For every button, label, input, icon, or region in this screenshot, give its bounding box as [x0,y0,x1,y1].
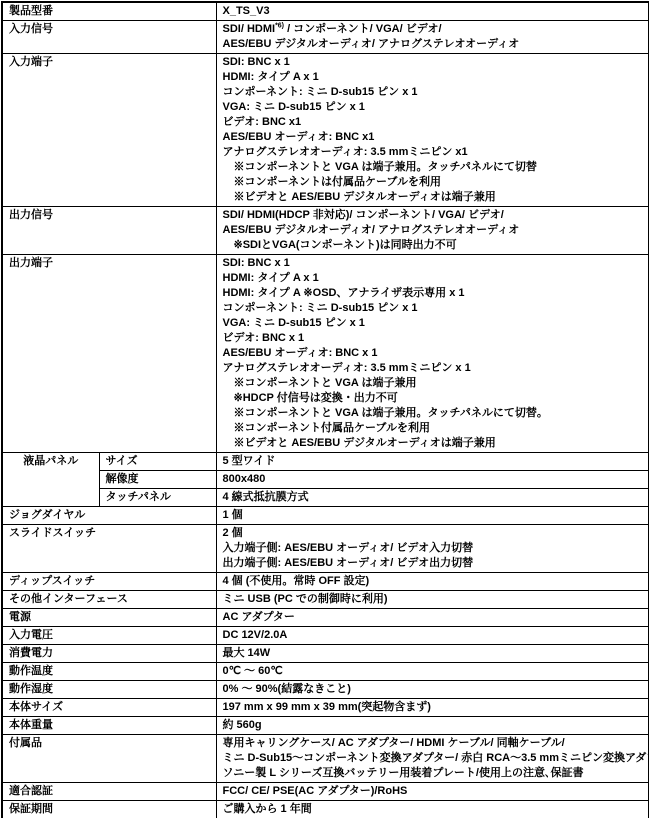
spec-line: X_TS_V3 [223,4,643,19]
row-value: 800x480 [216,471,649,489]
table-row: 消費電力最大 14W [2,645,649,663]
table-row: 付属品専用キャリングケース/ AC アダプター/ HDMI ケーブル/ 同軸ケー… [2,735,649,783]
spec-line-text: AC アダプター [223,611,295,623]
spec-line: 5 型ワイド [223,454,643,469]
spec-line: 197 mm x 99 mm x 39 mm(突起物含まず) [223,700,643,715]
spec-line-text: ※HDCP 付信号は変換・出力不可 [234,392,398,404]
spec-line-text: ビデオ: BNC x1 [223,116,302,128]
row-value: SDI: BNC x 1HDMI: タイプ A x 1HDMI: タイプ A ※… [216,255,649,453]
spec-line-text: ミニ USB (PC での制御時に利用) [223,593,388,605]
table-row: 製品型番X_TS_V3 [2,2,649,21]
spec-line: ※ビデオと AES/EBU デジタルオーディオは端子兼用 [223,190,643,205]
spec-line: ※コンポーネントと VGA は端子兼用 [223,376,643,391]
row-value: 約 560g [216,717,649,735]
spec-line-text: 出力端子側: AES/EBU オーディオ/ ビデオ出力切替 [223,557,474,569]
row-value: FCC/ CE/ PSE(AC アダプター)/RoHS [216,783,649,801]
row-value: 専用キャリングケース/ AC アダプター/ HDMI ケーブル/ 同軸ケーブル/… [216,735,649,783]
row-value: 0% ～ 90%(結露なきこと) [216,681,649,699]
spec-line-text: DC 12V/2.0A [223,629,288,641]
spec-line: ミニ USB (PC での制御時に利用) [223,592,643,607]
table-row: 出力信号SDI/ HDMI(HDCP 非対応)/ コンポーネント/ VGA/ ビ… [2,207,649,255]
table-row: 保証期間ご購入から 1 年間 [2,801,649,818]
row-value: ご購入から 1 年間 [216,801,649,818]
spec-line: FCC/ CE/ PSE(AC アダプター)/RoHS [223,784,643,799]
row-label: 出力信号 [2,207,216,255]
row-value: X_TS_V3 [216,2,649,21]
row-label: 本体重量 [2,717,216,735]
spec-line: ビデオ: BNC x 1 [223,331,643,346]
row-label: 液晶パネル [2,453,99,507]
spec-line-text: コンポーネント: ミニ D-sub15 ピン x 1 [223,302,418,314]
row-label: 動作湿度 [2,681,216,699]
spec-line-text: ※コンポーネントと VGA は端子兼用。タッチパネルにて切替 [234,161,537,173]
spec-line: アナログステレオオーディオ: 3.5 mmミニピン x 1 [223,361,643,376]
row-label: 保証期間 [2,801,216,818]
row-value: 1 個 [216,507,649,525]
row-label: 電源 [2,609,216,627]
table-row: 液晶パネルサイズ5 型ワイド [2,453,649,471]
spec-line-text: 最大 14W [223,647,271,659]
spec-line: コンポーネント: ミニ D-sub15 ピン x 1 [223,301,643,316]
spec-line-text: 2 個 [223,527,243,539]
row-value: 5 型ワイド [216,453,649,471]
spec-line-text: SDI/ HDMI(HDCP 非対応)/ コンポーネント/ VGA/ ビデオ/ [223,209,504,221]
spec-line: 800x480 [223,472,643,487]
table-row: ディップスイッチ4 個 (不使用。常時 OFF 設定) [2,573,649,591]
spec-line: AES/EBU オーディオ: BNC x1 [223,130,643,145]
table-row: タッチパネル4 線式抵抗膜方式 [2,489,649,507]
spec-line-text: ミニ D-Sub15～コンポーネント変換アダプター/ 赤白 RCA～3.5 mm… [223,752,649,764]
spec-line-text: AES/EBU オーディオ: BNC x1 [223,131,375,143]
row-label: 入力信号 [2,21,216,54]
row-value: 4 個 (不使用。常時 OFF 設定) [216,573,649,591]
spec-line: ※コンポーネントと VGA は端子兼用。タッチパネルにて切替。 [223,406,643,421]
spec-line: 約 560g [223,718,643,733]
spec-line: ※コンポーネントは付属品ケーブルを利用 [223,175,643,190]
row-sublabel: 解像度 [99,471,216,489]
spec-line: HDMI: タイプ A ※OSD、アナライザ表示専用 x 1 [223,286,643,301]
table-row: 入力電圧DC 12V/2.0A [2,627,649,645]
row-label: スライドスイッチ [2,525,216,573]
spec-line-text: ※コンポーネント付属品ケーブルを利用 [234,422,430,434]
spec-line: 4 線式抵抗膜方式 [223,490,643,505]
spec-line: アナログステレオオーディオ: 3.5 mmミニピン x1 [223,145,643,160]
table-row: 適合認証FCC/ CE/ PSE(AC アダプター)/RoHS [2,783,649,801]
spec-line-text: アナログステレオオーディオ: 3.5 mmミニピン x 1 [223,362,471,374]
spec-line: SDI: BNC x 1 [223,256,643,271]
spec-line: ご購入から 1 年間 [223,802,643,817]
table-row: 入力端子SDI: BNC x 1HDMI: タイプ A x 1コンポーネント: … [2,54,649,207]
spec-line: VGA: ミニ D-sub15 ピン x 1 [223,100,643,115]
spec-line-text: 約 560g [223,719,262,731]
table-row: 入力信号SDI/ HDMI*6) / コンポーネント/ VGA/ ビデオ/AES… [2,21,649,54]
table-row: 動作湿度0% ～ 90%(結露なきこと) [2,681,649,699]
spec-line-text: HDMI: タイプ A ※OSD、アナライザ表示専用 x 1 [223,287,465,299]
spec-line: SDI/ HDMI(HDCP 非対応)/ コンポーネント/ VGA/ ビデオ/ [223,208,643,223]
row-value: SDI: BNC x 1HDMI: タイプ A x 1コンポーネント: ミニ D… [216,54,649,207]
spec-line: ※ビデオと AES/EBU デジタルオーディオは端子兼用 [223,436,643,451]
spec-line: 最大 14W [223,646,643,661]
spec-line-text: 専用キャリングケース/ AC アダプター/ HDMI ケーブル/ 同軸ケーブル/ [223,737,565,749]
spec-line: ※HDCP 付信号は変換・出力不可 [223,391,643,406]
row-value: AC アダプター [216,609,649,627]
spec-line-text: FCC/ CE/ PSE(AC アダプター)/RoHS [223,785,408,797]
spec-table-body: 製品型番X_TS_V3入力信号SDI/ HDMI*6) / コンポーネント/ V… [2,2,649,818]
spec-line-text: SDI: BNC x 1 [223,257,290,269]
row-value: ミニ USB (PC での制御時に利用) [216,591,649,609]
row-value: SDI/ HDMI*6) / コンポーネント/ VGA/ ビデオ/AES/EBU… [216,21,649,54]
spec-line-text: ビデオ: BNC x 1 [223,332,305,344]
spec-line-text: SDI: BNC x 1 [223,56,290,68]
row-label: 製品型番 [2,2,216,21]
spec-line-text: 197 mm x 99 mm x 39 mm(突起物含まず) [223,701,431,713]
row-value: 2 個入力端子側: AES/EBU オーディオ/ ビデオ入力切替出力端子側: A… [216,525,649,573]
spec-line: 専用キャリングケース/ AC アダプター/ HDMI ケーブル/ 同軸ケーブル/ [223,736,643,751]
row-label: 入力端子 [2,54,216,207]
spec-line: 出力端子側: AES/EBU オーディオ/ ビデオ出力切替 [223,556,643,571]
row-value: SDI/ HDMI(HDCP 非対応)/ コンポーネント/ VGA/ ビデオ/A… [216,207,649,255]
spec-line-text: 入力端子側: AES/EBU オーディオ/ ビデオ入力切替 [223,542,474,554]
table-row: 電源AC アダプター [2,609,649,627]
spec-line: ミニ D-Sub15～コンポーネント変換アダプター/ 赤白 RCA～3.5 mm… [223,751,643,766]
spec-line-text: SDI/ HDMI [223,23,276,35]
spec-line-text: 0℃ ～ 60℃ [223,665,283,677]
row-sublabel: サイズ [99,453,216,471]
spec-line: DC 12V/2.0A [223,628,643,643]
spec-line: VGA: ミニ D-sub15 ピン x 1 [223,316,643,331]
table-row: その他インターフェースミニ USB (PC での制御時に利用) [2,591,649,609]
table-row: ジョグダイヤル1 個 [2,507,649,525]
spec-line-text: ※コンポーネントと VGA は端子兼用 [234,377,417,389]
spec-line-text: HDMI: タイプ A x 1 [223,71,319,83]
row-label: その他インターフェース [2,591,216,609]
spec-line-text: ※ビデオと AES/EBU デジタルオーディオは端子兼用 [234,191,496,203]
spec-line: SDI/ HDMI*6) / コンポーネント/ VGA/ ビデオ/ [223,22,643,37]
spec-line-text: ソニー製 L シリーズ互換バッテリー用装着プレート/使用上の注意､保証書 [223,767,584,779]
table-row: 動作温度0℃ ～ 60℃ [2,663,649,681]
table-row: 本体重量約 560g [2,717,649,735]
spec-line: ビデオ: BNC x1 [223,115,643,130]
spec-line: AC アダプター [223,610,643,625]
spec-line: AES/EBU デジタルオーディオ/ アナログステレオオーディオ [223,37,643,52]
row-label: 出力端子 [2,255,216,453]
row-label: 付属品 [2,735,216,783]
footnote-ref: *6) [275,22,284,29]
spec-line: ソニー製 L シリーズ互換バッテリー用装着プレート/使用上の注意､保証書 [223,766,643,781]
spec-line-text: AES/EBU デジタルオーディオ/ アナログステレオオーディオ [223,224,520,236]
row-label: 動作温度 [2,663,216,681]
spec-line-text: 4 個 (不使用。常時 OFF 設定) [223,575,370,587]
spec-line: 0℃ ～ 60℃ [223,664,643,679]
row-label: 本体サイズ [2,699,216,717]
spec-sheet-page: 製品型番X_TS_V3入力信号SDI/ HDMI*6) / コンポーネント/ V… [0,0,649,818]
spec-line-text: コンポーネント: ミニ D-sub15 ピン x 1 [223,86,418,98]
spec-line-text: AES/EBU オーディオ: BNC x 1 [223,347,378,359]
spec-table: 製品型番X_TS_V3入力信号SDI/ HDMI*6) / コンポーネント/ V… [1,1,649,818]
spec-line: 4 個 (不使用。常時 OFF 設定) [223,574,643,589]
spec-line-text: ご購入から 1 年間 [223,803,312,815]
table-row: 本体サイズ197 mm x 99 mm x 39 mm(突起物含まず) [2,699,649,717]
spec-line-text: X_TS_V3 [223,5,270,17]
spec-line-text: 1 個 [223,509,243,521]
spec-line: 入力端子側: AES/EBU オーディオ/ ビデオ入力切替 [223,541,643,556]
spec-line: 2 個 [223,526,643,541]
row-value: 197 mm x 99 mm x 39 mm(突起物含まず) [216,699,649,717]
spec-line-text: VGA: ミニ D-sub15 ピン x 1 [223,101,365,113]
row-value: 4 線式抵抗膜方式 [216,489,649,507]
spec-line: ※SDIとVGA(コンポーネント)は同時出力不可 [223,238,643,253]
spec-line-text: VGA: ミニ D-sub15 ピン x 1 [223,317,365,329]
row-label: 入力電圧 [2,627,216,645]
spec-line: HDMI: タイプ A x 1 [223,271,643,286]
spec-line: 1 個 [223,508,643,523]
spec-line: AES/EBU デジタルオーディオ/ アナログステレオオーディオ [223,223,643,238]
row-value: 最大 14W [216,645,649,663]
spec-line: コンポーネント: ミニ D-sub15 ピン x 1 [223,85,643,100]
row-label: ジョグダイヤル [2,507,216,525]
table-row: 解像度800x480 [2,471,649,489]
spec-line-text: ※コンポーネントは付属品ケーブルを利用 [234,176,441,188]
spec-line-text: 0% ～ 90%(結露なきこと) [223,683,351,695]
row-label: 消費電力 [2,645,216,663]
spec-line: ※コンポーネントと VGA は端子兼用。タッチパネルにて切替 [223,160,643,175]
spec-line: AES/EBU オーディオ: BNC x 1 [223,346,643,361]
spec-line-text: / コンポーネント/ VGA/ ビデオ/ [284,23,442,35]
spec-line: HDMI: タイプ A x 1 [223,70,643,85]
row-label: ディップスイッチ [2,573,216,591]
spec-line-text: ※コンポーネントと VGA は端子兼用。タッチパネルにて切替。 [234,407,548,419]
row-value: 0℃ ～ 60℃ [216,663,649,681]
spec-line-text: アナログステレオオーディオ: 3.5 mmミニピン x1 [223,146,468,158]
spec-line: ※コンポーネント付属品ケーブルを利用 [223,421,643,436]
row-sublabel: タッチパネル [99,489,216,507]
spec-line: SDI: BNC x 1 [223,55,643,70]
row-value: DC 12V/2.0A [216,627,649,645]
spec-line: 0% ～ 90%(結露なきこと) [223,682,643,697]
spec-line-text: ※ビデオと AES/EBU デジタルオーディオは端子兼用 [234,437,496,449]
spec-line-text: HDMI: タイプ A x 1 [223,272,319,284]
table-row: スライドスイッチ2 個入力端子側: AES/EBU オーディオ/ ビデオ入力切替… [2,525,649,573]
spec-line-text: ※SDIとVGA(コンポーネント)は同時出力不可 [234,239,457,251]
row-label: 適合認証 [2,783,216,801]
table-row: 出力端子SDI: BNC x 1HDMI: タイプ A x 1HDMI: タイプ… [2,255,649,453]
spec-line-text: AES/EBU デジタルオーディオ/ アナログステレオオーディオ [223,38,520,50]
